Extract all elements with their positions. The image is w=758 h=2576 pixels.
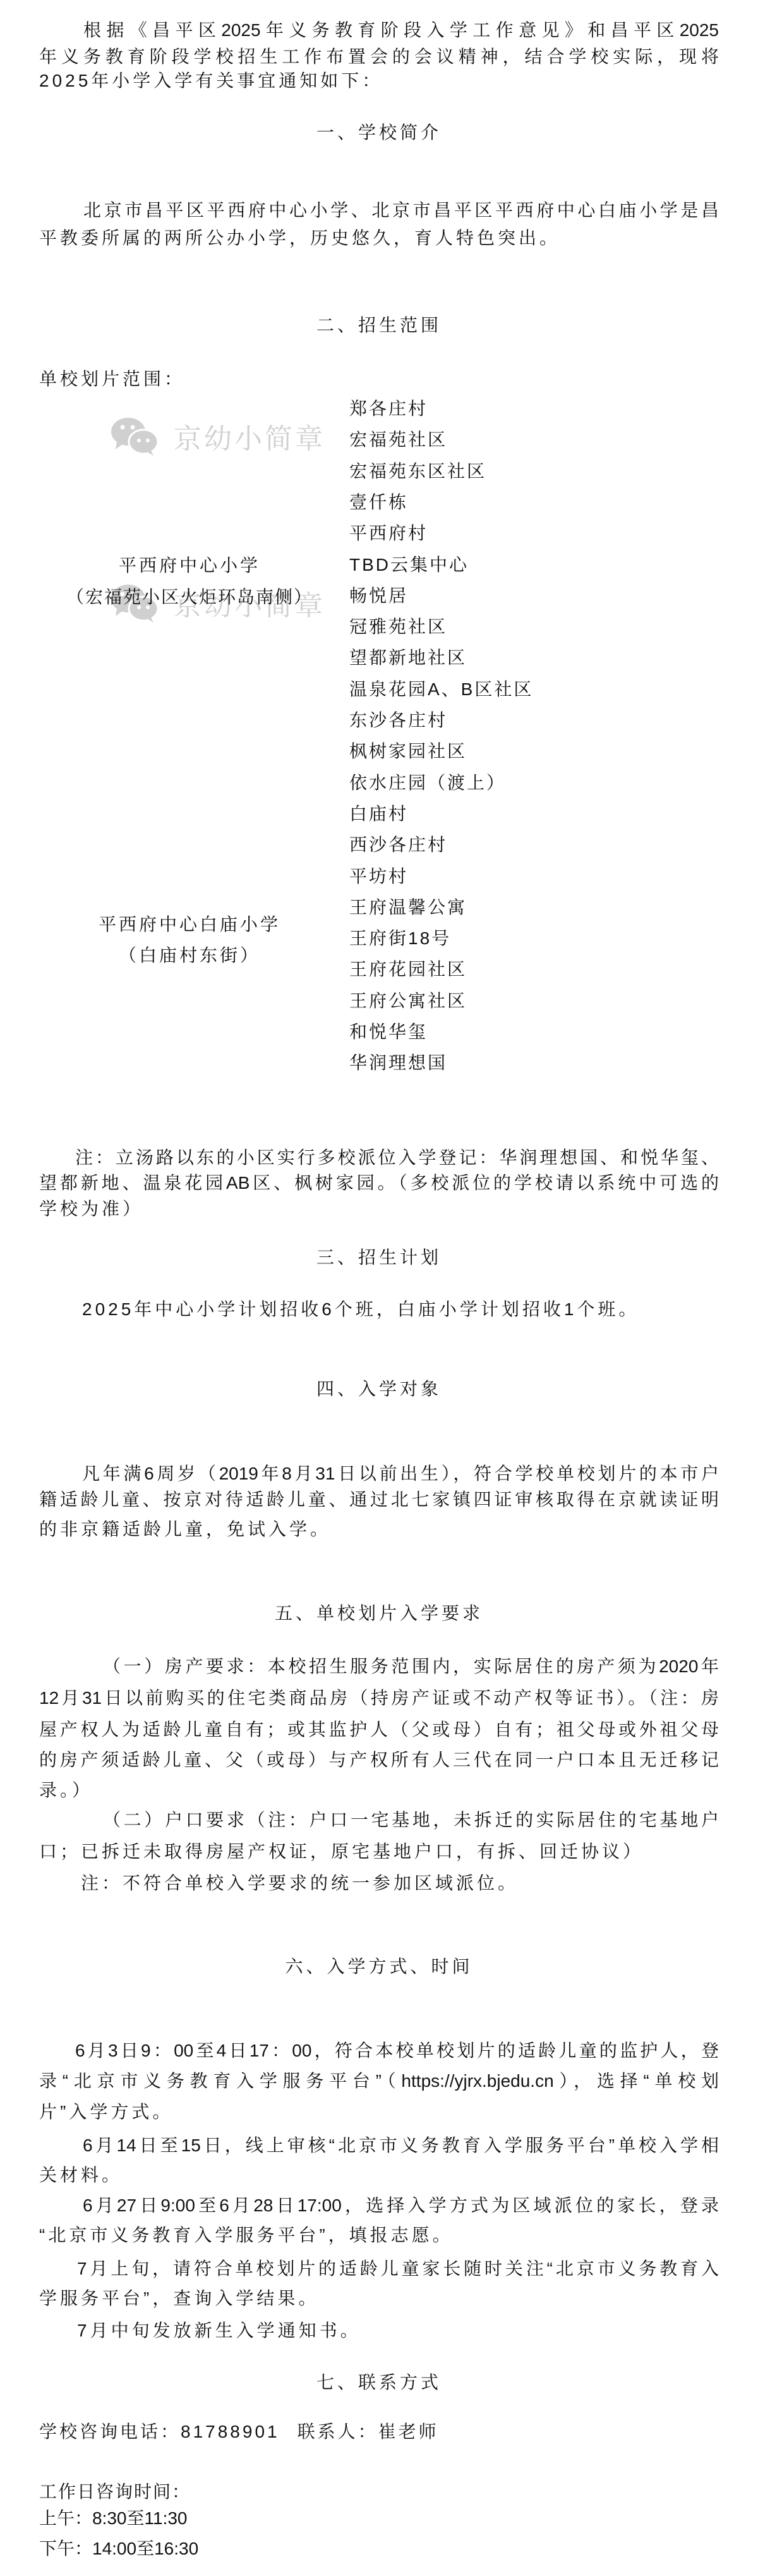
section-title-eligibility: 四、入学对象 — [0, 1378, 758, 1400]
area-item: 白庙村 — [349, 803, 408, 825]
hukou-requirement-line: 口；已拆迁未取得房屋产权证，原宅基地户口，有拆、回迁协议） — [39, 1841, 644, 1862]
area-item: 王府温馨公寓 — [349, 897, 467, 918]
school-intro-line: 平教委所属的两所公办小学，历史悠久，育人特色突出。 — [39, 228, 560, 249]
school-intro-line: 北京市昌平区平西府中心小学、北京市昌平区平西府中心白庙小学是昌 — [83, 200, 719, 221]
area-item: 望都新地社区 — [349, 647, 467, 669]
scope-note-line: 学校为准） — [39, 1198, 143, 1220]
property-requirement-line: 的房产须适龄儿童、父（或母）与产权所有人三代在同一户口本且无迁移记 — [39, 1749, 719, 1771]
phone-label: 学校咨询电话： — [39, 2422, 181, 2441]
property-requirement-line: （一）房产要求：本校招生服务范围内，实际居住的房产须为2020年 — [103, 1656, 719, 1677]
eligibility-line: 的非京籍适龄儿童，免试入学。 — [39, 1519, 331, 1540]
watermark-text: 京幼小简章 — [174, 416, 325, 456]
intro-line: 根据《昌平区2025年义务教育阶段入学工作意见》和昌平区2025 — [83, 20, 719, 41]
area-item: 王府花园社区 — [349, 959, 467, 980]
requirements-note: 注：不符合单校入学要求的统一参加区域派位。 — [81, 1873, 519, 1894]
office-hours-afternoon: 下午：14:00至16:30 — [39, 2538, 198, 2560]
schedule-line: 学服务平台”，查询入学结果。 — [39, 2288, 319, 2309]
scope-note-line: 望都新地、温泉花园AB区、枫树家园。（多校派位的学校请以系统中可选的 — [39, 1172, 719, 1194]
property-requirement-line: 屋产权人为适龄儿童自有；或其监护人（父或母）自有；祖父母或外祖父母 — [39, 1719, 719, 1741]
schedule-line: 片”入学方式。 — [39, 2101, 173, 2123]
area-item: 温泉花园A、B区社区 — [349, 679, 533, 700]
area-item: 畅悦居 — [349, 585, 408, 607]
schedule-line: 关材料。 — [39, 2165, 123, 2186]
area-item: 平坊村 — [349, 866, 408, 887]
area-item: 华润理想国 — [349, 1052, 447, 1074]
area-item: TBD云集中心 — [349, 554, 469, 576]
area-item: 平西府村 — [349, 523, 428, 544]
area-item: 宏福苑社区 — [349, 429, 447, 451]
area-item: 和悦华玺 — [349, 1021, 428, 1043]
area-item: 王府街18号 — [349, 928, 451, 949]
enrollment-plan-text: 2025年中心小学计划招收6个班，白庙小学计划招收1个班。 — [82, 1299, 639, 1320]
area-item: 冠雅苑社区 — [349, 616, 447, 638]
intro-line: 年义务教育阶段学校招生工作布置会的会议精神，结合学校实际，现将 — [39, 46, 719, 68]
intro-line: 2025年小学入学有关事宜通知如下： — [39, 70, 383, 92]
eligibility-line: 凡年满6周岁（2019年8月31日以前出生），符合学校单校划片的本市户 — [82, 1463, 719, 1485]
contact-label: 联系人： — [298, 2422, 378, 2441]
phone-number: 81788901 — [181, 2422, 280, 2441]
area-item: 东沙各庄村 — [349, 710, 447, 731]
section-title-method-time: 六、入学方式、时间 — [0, 1956, 758, 1978]
school-name: 平西府中心小学 — [63, 555, 316, 576]
schedule-line: 6月3日9：00至4日17：00，符合本校单校划片的适龄儿童的监护人，登 — [75, 2040, 719, 2062]
area-item: 壹仟栋 — [349, 492, 408, 513]
schedule-line: “北京市义务教育入学服务平台”，填报志愿。 — [39, 2225, 454, 2246]
office-hours-morning: 上午：8:30至11:30 — [39, 2508, 188, 2529]
area-item: 宏福苑东区社区 — [349, 461, 486, 482]
school-name: 平西府中心白庙小学 — [63, 914, 316, 935]
school-location: （白庙村东街） — [63, 945, 316, 966]
schedule-line: 7月上旬，请符合单校划片的适龄儿童家长随时关注“北京市义务教育入 — [77, 2258, 719, 2280]
section-title-school-intro: 一、学校简介 — [0, 122, 758, 143]
schedule-line: 6月27日9:00至6月28日17:00，选择入学方式为区域派位的家长，登录 — [83, 2195, 719, 2216]
property-requirement-line: 录。） — [39, 1780, 93, 1801]
area-item: 依水庄园（渡上） — [349, 772, 506, 794]
area-item: 王府公寓社区 — [349, 990, 467, 1012]
contact-line: 学校咨询电话：81788901联系人：崔老师 — [39, 2421, 439, 2443]
watermark: 京幼小简章 — [111, 416, 325, 456]
school-location: （宏福苑小区火炬环岛南侧） — [51, 586, 328, 608]
schedule-line: 6月14日至15日，线上审核“北京市义务教育入学服务平台”单校入学相 — [83, 2135, 719, 2156]
eligibility-line: 籍适龄儿童、按京对待适龄儿童、通过北七家镇四证审核取得在京就读证明 — [39, 1489, 719, 1510]
contact-name: 崔老师 — [378, 2422, 439, 2441]
area-item: 枫树家园社区 — [349, 741, 467, 762]
section-title-requirements: 五、单校划片入学要求 — [0, 1603, 758, 1624]
scope-note-line: 注：立汤路以东的小区实行多校派位入学登记：华润理想国、和悦华玺、 — [75, 1147, 719, 1169]
scope-subtitle: 单校划片范围： — [39, 368, 185, 390]
area-item: 郑各庄村 — [349, 398, 428, 420]
wechat-icon — [111, 416, 159, 456]
area-item: 西沙各庄村 — [349, 834, 447, 856]
section-title-contact: 七、联系方式 — [0, 2372, 758, 2393]
schedule-line: 录“北京市义务教育入学服务平台”（https://yjrx.bjedu.cn），… — [39, 2070, 719, 2092]
property-requirement-line: 12月31日以前购买的住宅类商品房（持房产证或不动产权等证书）。（注：房 — [39, 1687, 719, 1709]
office-hours-title: 工作日咨询时间： — [39, 2481, 191, 2503]
section-title-enrollment-scope: 二、招生范围 — [0, 315, 758, 336]
schedule-line: 7月中旬发放新生入学通知书。 — [77, 2320, 361, 2342]
hukou-requirement-line: （二）户口要求（注：户口一宅基地，未拆迁的实际居住的宅基地户 — [103, 1809, 719, 1831]
section-title-enrollment-plan: 三、招生计划 — [0, 1247, 758, 1268]
